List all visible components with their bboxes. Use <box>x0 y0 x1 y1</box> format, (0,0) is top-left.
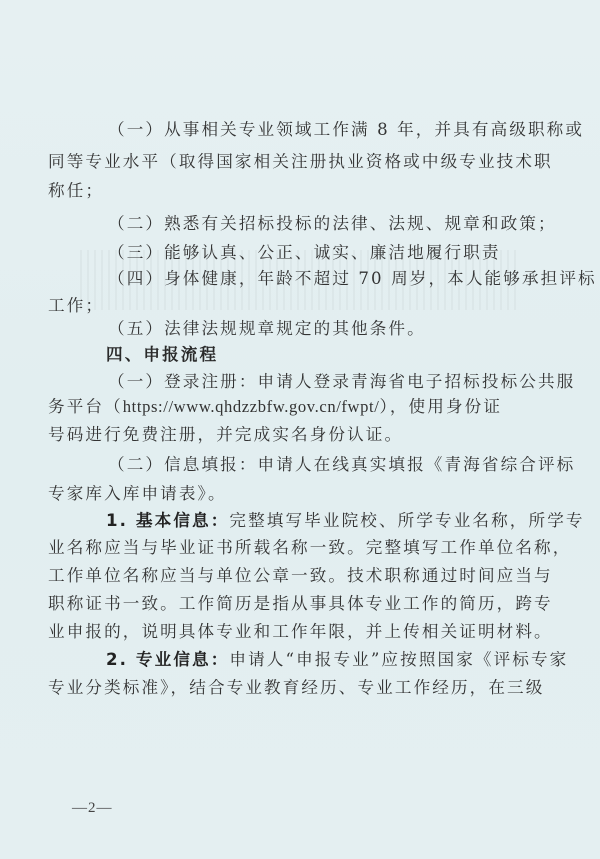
professional-info-line-1: 2. 专业信息：申请人“申报专业”应按照国家《评标专家 <box>106 650 568 670</box>
platform-url: https://www.qhdzzbfw.gov.cn/fwpt/ <box>123 397 380 416</box>
professional-info-label: 2. 专业信息： <box>106 650 229 669</box>
step-1-line-3: 号码进行免费注册，并完成实名身份认证。 <box>48 425 403 445</box>
basic-info-label: 1. 基本信息： <box>106 511 229 530</box>
step-2-line-1: （二）信息填报：申请人在线真实填报《青海省综合评标 <box>108 455 575 475</box>
basic-info-text: 完整填写毕业院校、所学专业名称，所学专 <box>229 511 584 530</box>
page-number: —2— <box>72 800 113 817</box>
professional-info-text: 申请人“申报专业”应按照国家《评标专家 <box>229 650 568 669</box>
condition-1-line-2: 同等专业水平（取得国家相关注册执业资格或中级专业技术职 <box>48 152 553 172</box>
section-heading-application-process: 四、申报流程 <box>106 345 218 365</box>
basic-info-line-3: 工作单位名称应当与单位公章一致。技术职称通过时间应当与 <box>48 566 553 586</box>
step-1-line-2: 务平台（https://www.qhdzzbfw.gov.cn/fwpt/），使… <box>48 397 502 417</box>
condition-4-line-1: （四）身体健康，年龄不超过 70 周岁，本人能够承担评标 <box>108 269 597 289</box>
basic-info-line-1: 1. 基本信息：完整填写毕业院校、所学专业名称，所学专 <box>106 511 585 531</box>
step-1-prefix: 务平台（ <box>48 397 123 416</box>
condition-1-line-1: （一）从事相关专业领域工作满 8 年，并具有高级职称或 <box>108 120 584 140</box>
condition-1-line-3: 称任； <box>48 181 104 201</box>
basic-info-line-5: 业申报的，说明具体专业和工作年限，并上传相关证明材料。 <box>48 622 553 642</box>
condition-5: （五）法律法规规章规定的其他条件。 <box>108 319 426 339</box>
professional-info-line-2: 专业分类标准》，结合专业教育经历、专业工作经历，在三级 <box>48 678 544 698</box>
basic-info-line-2: 业名称应当与毕业证书所载名称一致。完整填写工作单位名称， <box>48 538 571 558</box>
document-page: （一）从事相关专业领域工作满 8 年，并具有高级职称或 同等专业水平（取得国家相… <box>0 0 600 859</box>
basic-info-line-4: 职称证书一致。工作简历是指从事具体专业工作的简历，跨专 <box>48 594 553 614</box>
condition-2: （二）熟悉有关招标投标的法律、法规、规章和政策； <box>108 214 557 234</box>
step-1-line-1: （一）登录注册：申请人登录青海省电子招标投标公共服 <box>108 372 575 392</box>
step-1-suffix: ），使用身份证 <box>379 397 502 416</box>
condition-4-line-2: 工作； <box>48 296 104 316</box>
condition-3: （三）能够认真、公正、诚实、廉洁地履行职责 <box>108 243 501 263</box>
step-2-line-2: 专家库入库申请表》。 <box>48 484 227 504</box>
